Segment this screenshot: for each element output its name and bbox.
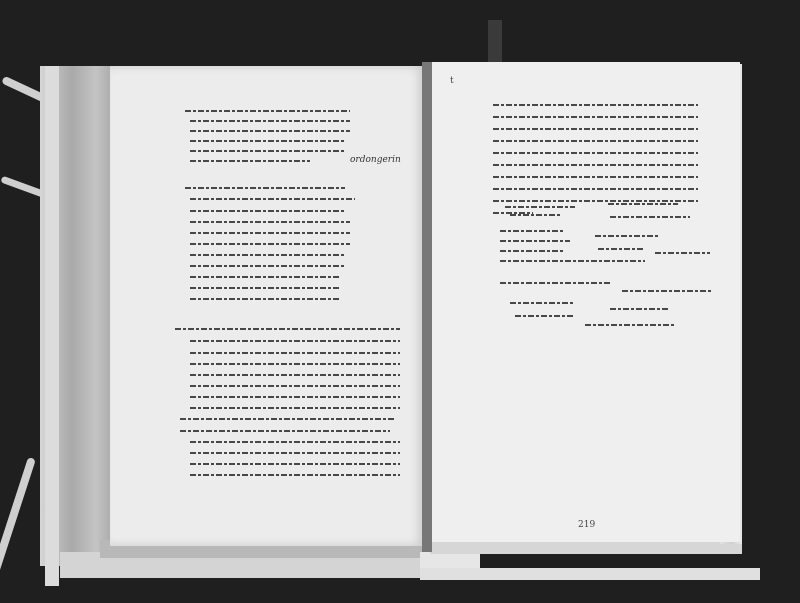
ribbon-lower bbox=[0, 457, 36, 583]
bottom-strip bbox=[420, 568, 760, 580]
right-page bbox=[430, 62, 740, 542]
margin-note: ordongerin bbox=[350, 155, 401, 165]
folio-number: 219 bbox=[578, 520, 595, 530]
gutter bbox=[422, 62, 432, 552]
left-cover-edge bbox=[45, 66, 59, 586]
binding-tab bbox=[488, 20, 502, 64]
top-mark: t bbox=[450, 76, 454, 86]
